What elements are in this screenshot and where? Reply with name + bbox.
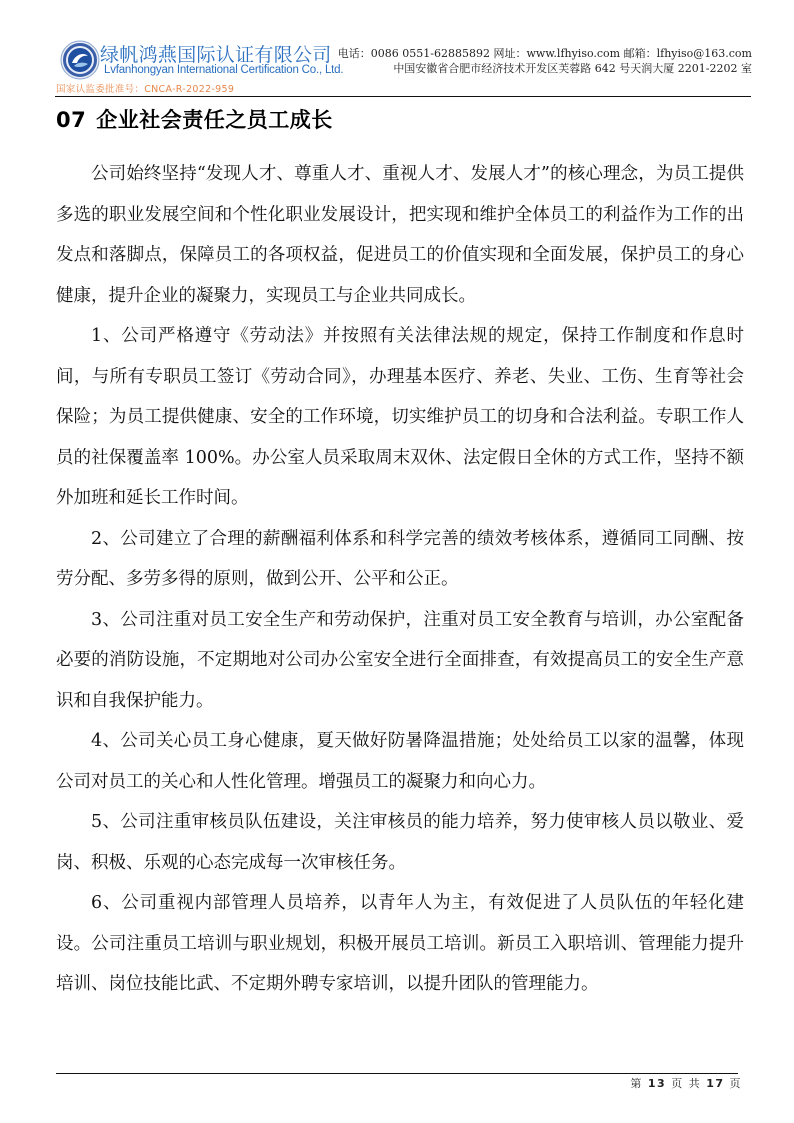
company-logo: 绿帆鸿燕国际认证有限公司 Lvfanhongyan International … (56, 36, 326, 94)
certification-number: 国家认监委批准号：CNCA-R-2022-959 (56, 81, 234, 95)
page-mid: 页 共 (671, 1077, 701, 1090)
header-divider (55, 96, 751, 97)
page-suffix: 页 (730, 1077, 743, 1090)
company-name-cn: 绿帆鸿燕国际认证有限公司 (100, 40, 332, 67)
document-body: 公司始终坚持“发现人才、尊重人才、重视人才、发展人才”的核心理念，为员工提供多选… (56, 154, 744, 1005)
paragraph-item-4: 4、公司关心员工身心健康，夏天做好防暑降温措施；处处给员工以家的温馨，体现公司对… (56, 721, 744, 802)
certification-label: 国家认监委批准号： (56, 84, 144, 95)
page-header: 绿帆鸿燕国际认证有限公司 Lvfanhongyan International … (56, 36, 752, 98)
company-name-en: Lvfanhongyan International Certification… (104, 64, 343, 76)
paragraph-item-1: 1、公司严格遵守《劳动法》并按照有关法律法规的规定，保持工作制度和作息时间，与所… (56, 316, 744, 519)
contact-address: 中国安徽省合肥市经济技术开发区芙蓉路 642 号天润大厦 2201-2202 室 (338, 61, 752, 76)
paragraph-item-6: 6、公司重视内部管理人员培养，以青年人为主，有效促进了人员队伍的年轻化建设。公司… (56, 883, 744, 1005)
total-pages: 17 (706, 1077, 724, 1090)
footer-divider (56, 1073, 738, 1074)
page-prefix: 第 (630, 1077, 643, 1090)
section-number: 07 (56, 108, 86, 132)
intro-paragraph: 公司始终坚持“发现人才、尊重人才、重视人才、发展人才”的核心理念，为员工提供多选… (56, 154, 744, 316)
page-number: 第 13 页 共 17 页 (630, 1075, 742, 1091)
company-emblem-icon (60, 40, 100, 80)
paragraph-item-3: 3、公司注重对员工安全生产和劳动保护，注重对员工安全教育与培训，办公室配备必要的… (56, 600, 744, 722)
section-heading: 企业社会责任之员工成长 (96, 108, 333, 132)
contact-info: 电话：0086 0551-62885892 网址：www.lfhyiso.com… (338, 46, 752, 76)
contact-phone-web-email: 电话：0086 0551-62885892 网址：www.lfhyiso.com… (338, 46, 752, 61)
section-title: 07企业社会责任之员工成长 (56, 104, 333, 134)
certification-value: CNCA-R-2022-959 (144, 84, 234, 95)
paragraph-item-2: 2、公司建立了合理的薪酬福利体系和科学完善的绩效考核体系，遵循同工同酬、按劳分配… (56, 519, 744, 600)
paragraph-item-5: 5、公司注重审核员队伍建设，关注审核员的能力培养，努力使审核人员以敬业、爱岗、积… (56, 802, 744, 883)
current-page: 13 (648, 1077, 666, 1090)
